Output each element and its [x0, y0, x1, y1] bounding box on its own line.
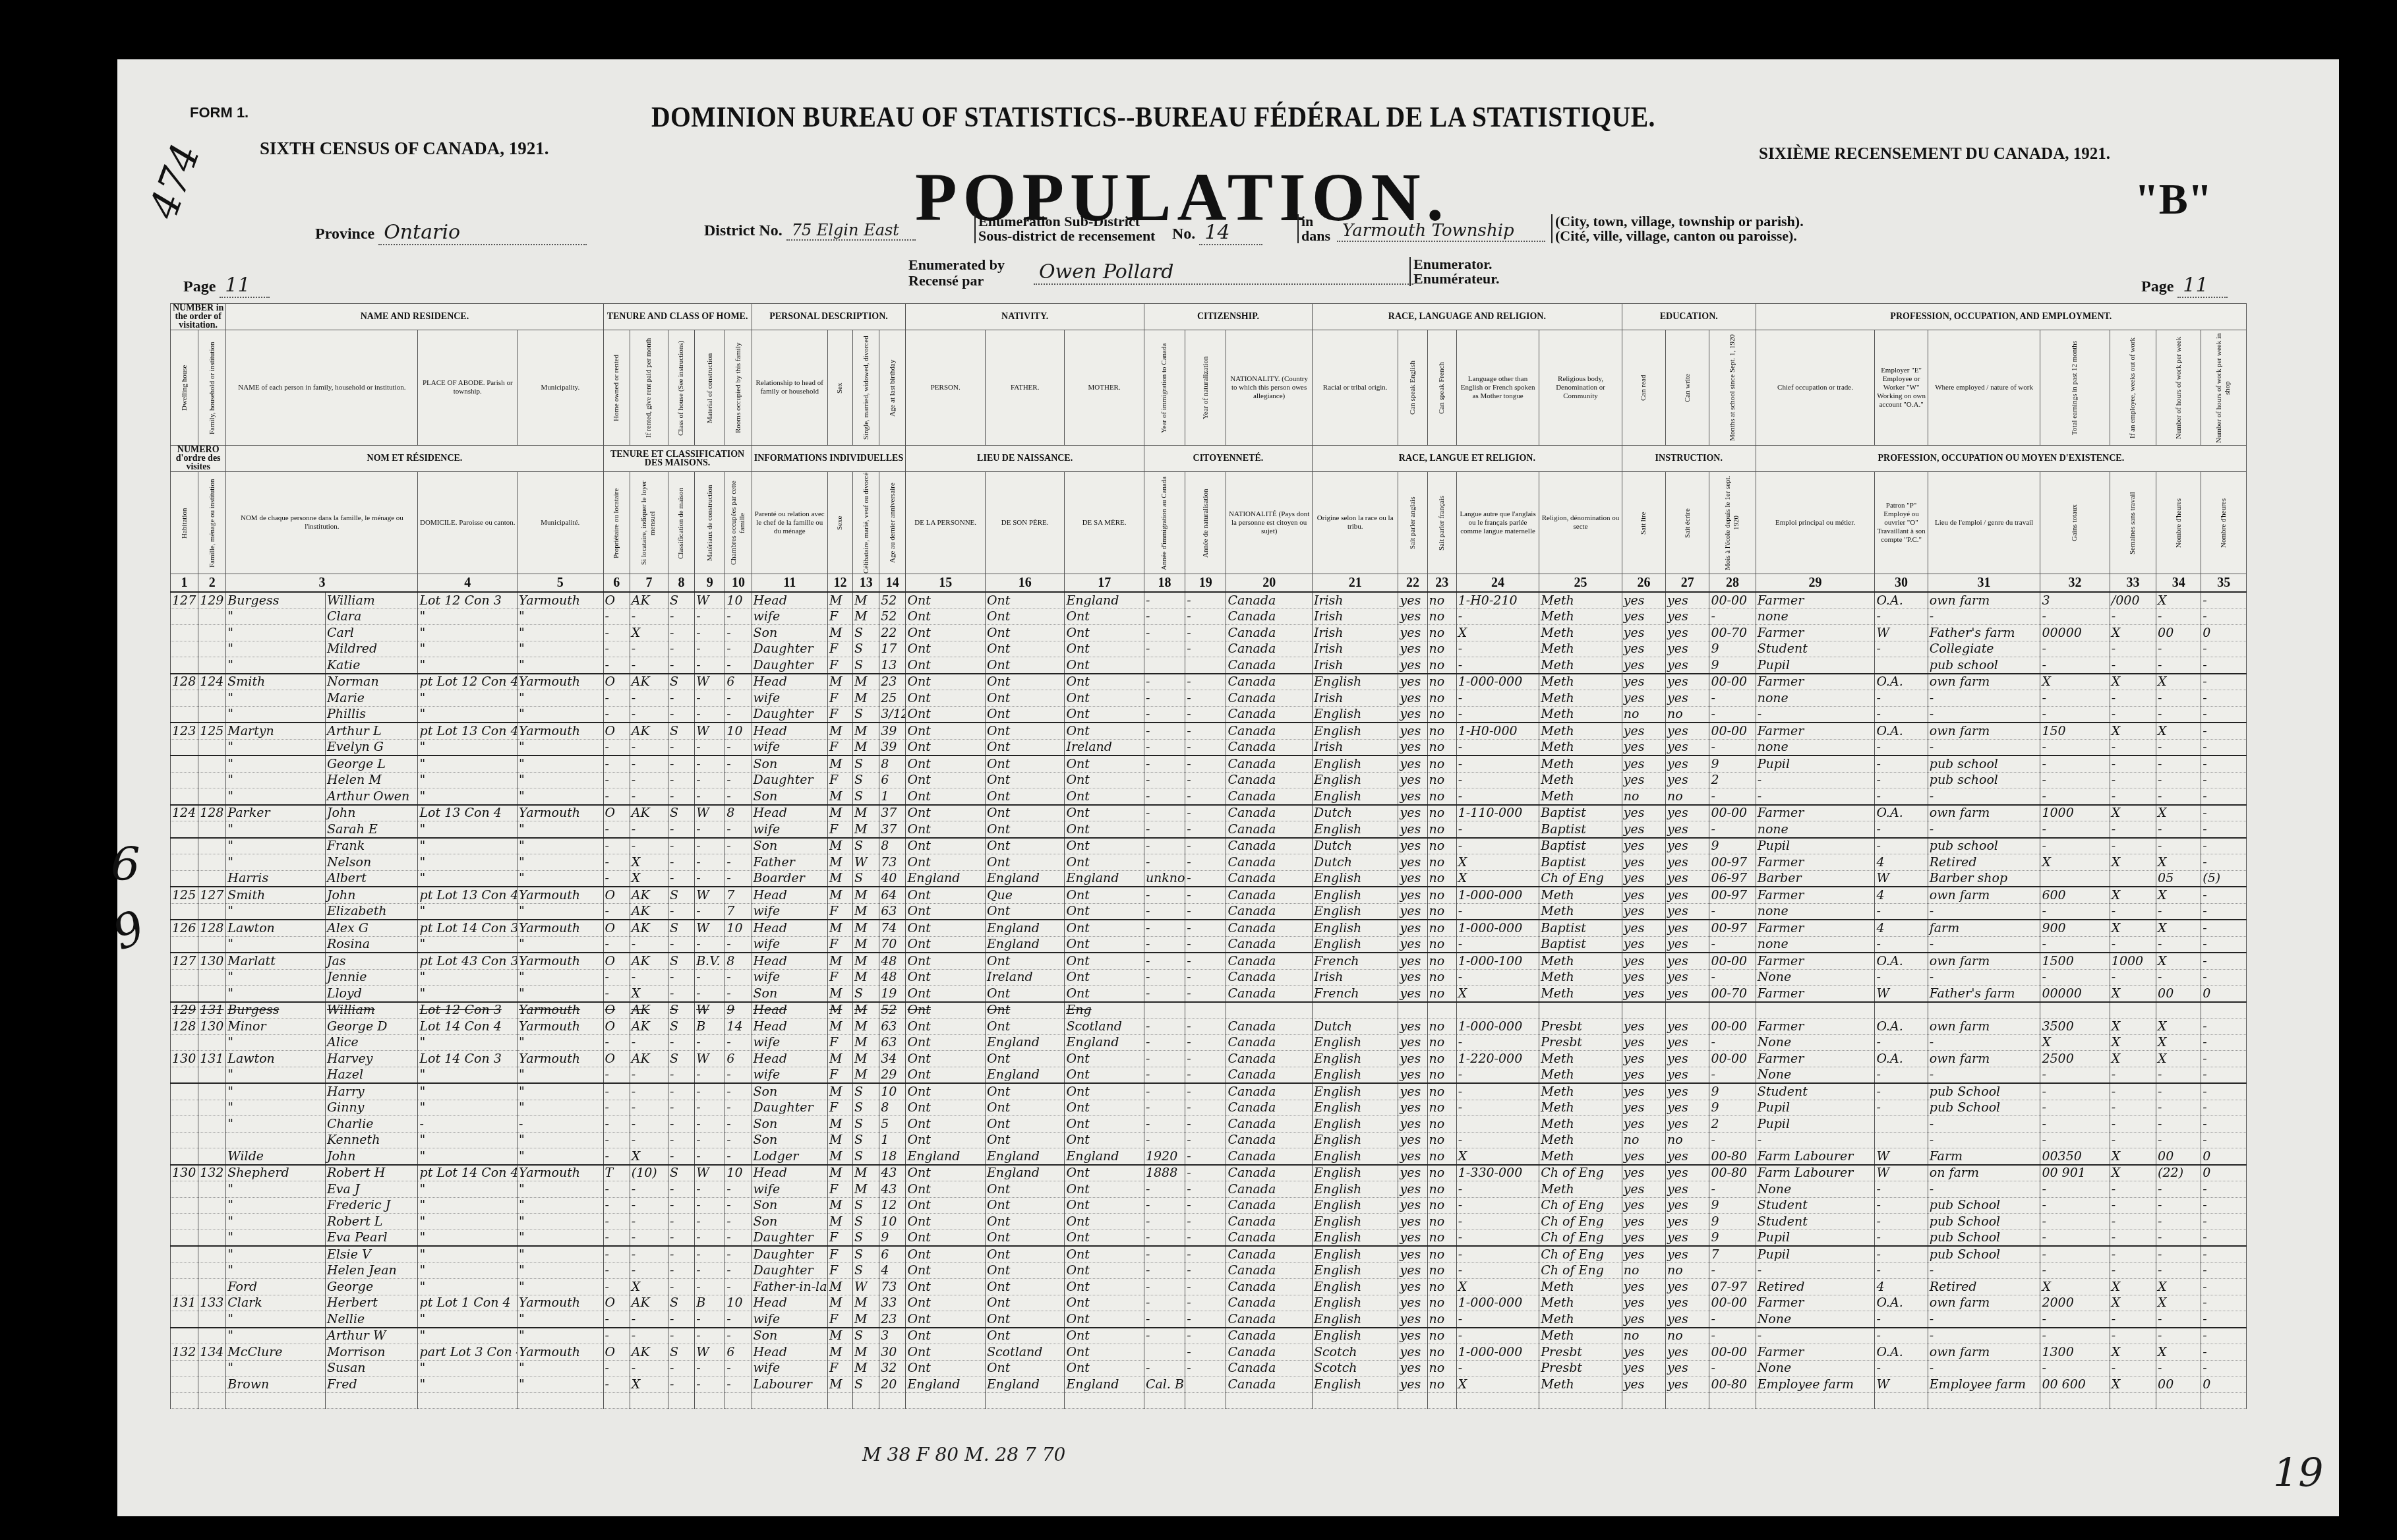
cell-naturalization-year: -	[1185, 755, 1226, 772]
cell-hours-week: (22)	[2156, 1165, 2201, 1181]
table-row: "Phillis""-----DaughterFS3/12OntOntOnt--…	[171, 706, 2247, 723]
cell-municipality: "	[518, 788, 604, 805]
cell-parish: "	[418, 1229, 518, 1246]
cell-house-class: S	[668, 674, 694, 690]
cell-birthplace-mother: England	[1065, 1148, 1144, 1165]
cell-birthplace-father: Ont	[985, 903, 1064, 920]
cell-birthplace-person: Ont	[906, 903, 985, 920]
col-number: 22	[1398, 574, 1427, 593]
cell-weeks-out: X	[2110, 805, 2156, 821]
cell-birthplace-person: England	[906, 1377, 985, 1393]
cell-municipality: "	[518, 1328, 604, 1344]
cell-can-read: yes	[1622, 1377, 1665, 1393]
cell-birthplace-mother: Ont	[1065, 986, 1144, 1002]
cell-can-write: yes	[1666, 1246, 1709, 1262]
cell-sex: F	[827, 641, 852, 657]
cell-nationality: Canada	[1226, 805, 1313, 821]
cell-owned-rented: -	[603, 1360, 630, 1377]
cell-parish: pt Lot 43 Con 3	[418, 953, 518, 969]
cell-speaks-french: no	[1427, 1229, 1456, 1246]
cell-immigration-year: 1888	[1144, 1165, 1185, 1181]
cell-months-school: 7	[1709, 1246, 1756, 1262]
cell-parish: "	[418, 1083, 518, 1100]
cell-dwelling-number	[171, 1132, 198, 1148]
cell-rooms: -	[725, 1067, 752, 1083]
cell-parish: "	[418, 1214, 518, 1230]
cell-can-write: yes	[1666, 854, 1709, 871]
cell-relationship: wife	[752, 1067, 827, 1083]
cell-parish: "	[418, 1377, 518, 1393]
cell-where-employed: pub school	[1928, 772, 2040, 788]
cell-owned-rented: -	[603, 854, 630, 871]
cell-can-write: yes	[1666, 1100, 1709, 1116]
cell-dwelling-number	[171, 1246, 198, 1262]
cell-sex: M	[827, 854, 852, 871]
cell-birthplace-person: Ont	[906, 657, 985, 674]
cell-mother-tongue: -	[1456, 903, 1539, 920]
cell-birthplace-person: Ont	[906, 1328, 985, 1344]
page-stamp: 19	[2273, 1450, 2323, 1496]
cell-immigration-year: -	[1144, 1360, 1185, 1377]
cell-birthplace-father: Ont	[985, 821, 1064, 838]
table-row: "Clara""-----wifeFM52OntOntOnt--CanadaIr…	[171, 608, 2247, 625]
cell-speaks-french: no	[1427, 986, 1456, 1002]
cell-family-number	[198, 755, 226, 772]
cell-months-school: -	[1709, 1360, 1756, 1377]
cell-occupation: Farmer	[1756, 953, 1875, 969]
cell-can-read: yes	[1622, 1279, 1665, 1295]
cell-birthplace-person: England	[906, 870, 985, 887]
cell-dwelling-number	[171, 625, 198, 641]
cell-relationship: Son	[752, 838, 827, 854]
cell-religion: Ch of Eng	[1539, 1214, 1622, 1230]
cell-speaks-english: yes	[1398, 986, 1427, 1002]
cell-marital-status: S	[853, 788, 879, 805]
cell-family-number	[198, 608, 226, 625]
cell-immigration-year: -	[1144, 1132, 1185, 1148]
cell-where-employed: own farm	[1928, 1344, 2040, 1361]
cell-weeks-out: -	[2110, 641, 2156, 657]
cell-speaks-french: no	[1427, 706, 1456, 723]
cell-months-school: -	[1709, 936, 1756, 953]
cell-sex: F	[827, 690, 852, 707]
col-23-header-fr: Sait parler français	[1427, 472, 1456, 574]
cell-age: 1	[879, 1132, 906, 1148]
cell-speaks-english: yes	[1398, 1328, 1427, 1344]
cell-given-name: Evelyn G	[325, 739, 418, 755]
cell-mother-tongue: X	[1456, 1148, 1539, 1165]
cell-birthplace-father: Scotland	[985, 1344, 1064, 1361]
cell-naturalization-year: -	[1185, 739, 1226, 755]
cell-mother-tongue	[1456, 1002, 1539, 1019]
cell-age: 10	[879, 1214, 906, 1230]
cell-given-name: Alice	[325, 1034, 418, 1051]
cell-naturalization-year: -	[1185, 986, 1226, 1002]
cell-birthplace-person: Ont	[906, 1262, 985, 1279]
cell-hours-week: 00	[2156, 986, 2201, 1002]
cell-owned-rented: -	[603, 1262, 630, 1279]
cell-birthplace-father: Ont	[985, 641, 1064, 657]
cell-given-name: Robert H	[325, 1165, 418, 1181]
cell-age: 52	[879, 592, 906, 608]
cell-hours-week-2: -	[2201, 1132, 2247, 1148]
cell-hours-week: -	[2156, 772, 2201, 788]
cell-hours-week-2: 0	[2201, 986, 2247, 1002]
cell-sex: F	[827, 1229, 852, 1246]
cell-birthplace-father: Ont	[985, 1116, 1064, 1133]
cell-municipality: Yarmouth	[518, 1051, 604, 1067]
col-7-header: If rented, give rent paid per month	[630, 330, 668, 446]
cell-parish: pt Lot 1 Con 4	[418, 1295, 518, 1311]
cell-can-write: no	[1666, 706, 1709, 723]
cell-given-name: Robert L	[325, 1214, 418, 1230]
cell-mother-tongue: 1-000-000	[1456, 1019, 1539, 1035]
page-field-right: Page 11	[2141, 274, 2228, 298]
cell-given-name: Katie	[325, 657, 418, 674]
cell-birthplace-father: Ont	[985, 805, 1064, 821]
cell-can-read: no	[1622, 788, 1665, 805]
cell-rent: -	[630, 1067, 668, 1083]
cell-house-class	[668, 1392, 694, 1409]
cell-given-name: Mildred	[325, 641, 418, 657]
cell-nationality: Canada	[1226, 723, 1313, 739]
cell-relationship: Labourer	[752, 1377, 827, 1393]
cell-nationality: Canada	[1226, 1377, 1313, 1393]
cell-mother-tongue: -	[1456, 690, 1539, 707]
cell-earnings: -	[2040, 641, 2110, 657]
cell-weeks-out: -	[2110, 838, 2156, 854]
cell-age: 6	[879, 772, 906, 788]
form-letter: "B"	[2135, 175, 2212, 225]
cell-weeks-out: X	[2110, 1279, 2156, 1295]
col-24-header: Language other than English or French sp…	[1456, 330, 1539, 446]
cell-parish: "	[418, 838, 518, 854]
cell-nationality: Canada	[1226, 706, 1313, 723]
cell-employer-status: O.A.	[1875, 953, 1928, 969]
cell-birthplace-person: Ont	[906, 920, 985, 936]
cell-months-school: 9	[1709, 1100, 1756, 1116]
cell-hours-week: -	[2156, 1083, 2201, 1100]
cell-relationship: Head	[752, 1344, 827, 1361]
cell-birthplace-father: Ont	[985, 1328, 1064, 1344]
cell-where-employed: -	[1928, 608, 2040, 625]
cell-speaks-french: no	[1427, 1197, 1456, 1214]
cell-immigration-year: unknown	[1144, 870, 1185, 887]
cell-naturalization-year: -	[1185, 1051, 1226, 1067]
cell-can-write: yes	[1666, 1311, 1709, 1328]
cell-mother-tongue: -	[1456, 1311, 1539, 1328]
cell-occupation: None	[1756, 1311, 1875, 1328]
cell-immigration-year: -	[1144, 723, 1185, 739]
cell-speaks-english: yes	[1398, 706, 1427, 723]
cell-hours-week: -	[2156, 1214, 2201, 1230]
cell-speaks-french: no	[1427, 657, 1456, 674]
cell-surname: "	[226, 1262, 326, 1279]
cell-given-name: Helen Jean	[325, 1262, 418, 1279]
cell-speaks-french: no	[1427, 1116, 1456, 1133]
col-number: 15	[906, 574, 985, 593]
col-number: 7	[630, 574, 668, 593]
cell-weeks-out: -	[2110, 755, 2156, 772]
cell-sex: M	[827, 887, 852, 903]
cell-birthplace-mother: Ont	[1065, 854, 1144, 871]
cell-owned-rented: -	[603, 1083, 630, 1100]
cell-dwelling-number	[171, 1116, 198, 1133]
cell-can-read: yes	[1622, 821, 1665, 838]
cell-owned-rented: -	[603, 1181, 630, 1198]
col-number: 26	[1622, 574, 1665, 593]
cell-racial-origin: English	[1312, 1295, 1398, 1311]
cell-months-school: 00-00	[1709, 1019, 1756, 1035]
cell-dwelling-number	[171, 1328, 198, 1344]
cell-mother-tongue: X	[1456, 986, 1539, 1002]
cell-rooms: -	[725, 1279, 752, 1295]
cell-parish: Lot 12 Con 3	[418, 592, 518, 608]
cell-hours-week: -	[2156, 838, 2201, 854]
cell-where-employed: own farm	[1928, 805, 2040, 821]
cell-rent: AK	[630, 920, 668, 936]
cell-can-read: yes	[1622, 641, 1665, 657]
cell-hours-week: X	[2156, 920, 2201, 936]
cell-earnings: -	[2040, 1246, 2110, 1262]
cell-birthplace-father: Ont	[985, 723, 1064, 739]
cell-rent: -	[630, 657, 668, 674]
cell-can-read: no	[1622, 706, 1665, 723]
cell-age: 3/12	[879, 706, 906, 723]
cell-rooms: 8	[725, 805, 752, 821]
cell-municipality: "	[518, 1262, 604, 1279]
cell-marital-status: M	[853, 1165, 879, 1181]
cell-given-name: Nellie	[325, 1311, 418, 1328]
cell-hours-week-2: 0	[2201, 625, 2247, 641]
cell-relationship: wife	[752, 936, 827, 953]
cell-occupation: Barber	[1756, 870, 1875, 887]
cell-religion: Meth	[1539, 1051, 1622, 1067]
cell-nationality: Canada	[1226, 1311, 1313, 1328]
cell-given-name: Carl	[325, 625, 418, 641]
cell-can-read: yes	[1622, 920, 1665, 936]
cell-given-name: John	[325, 887, 418, 903]
cell-birthplace-father: England	[985, 920, 1064, 936]
cell-where-employed: pub school	[1928, 755, 2040, 772]
cell-material: -	[695, 657, 725, 674]
cell-months-school: -	[1709, 821, 1756, 838]
cell-material: -	[695, 1262, 725, 1279]
cell-speaks-english: yes	[1398, 854, 1427, 871]
cell-birthplace-father: Ont	[985, 690, 1064, 707]
cell-material: W	[695, 887, 725, 903]
cell-marital-status: M	[853, 1067, 879, 1083]
cell-immigration-year: -	[1144, 1181, 1185, 1198]
cell-employer-status	[1875, 1392, 1928, 1409]
table-row: 127130MarlattJaspt Lot 43 Con 3YarmouthO…	[171, 953, 2247, 969]
cell-naturalization-year: -	[1185, 1100, 1226, 1116]
cell-occupation: none	[1756, 739, 1875, 755]
cell-owned-rented: -	[603, 1214, 630, 1230]
cell-surname: Smith	[226, 887, 326, 903]
cell-mother-tongue: -	[1456, 772, 1539, 788]
cell-naturalization-year: -	[1185, 1262, 1226, 1279]
cell-where-employed: own farm	[1928, 887, 2040, 903]
cell-religion: Presbt	[1539, 1034, 1622, 1051]
cell-rent: -	[630, 1100, 668, 1116]
cell-surname: "	[226, 1214, 326, 1230]
col-19-header: Year of naturalization	[1185, 330, 1226, 446]
cell-owned-rented: -	[603, 1229, 630, 1246]
cell-speaks-english: yes	[1398, 838, 1427, 854]
col-20-header: NATIONALITY. (Country to which this pers…	[1226, 330, 1313, 446]
cell-rent: AK	[630, 1344, 668, 1361]
col-20-header-fr: NATIONALITÉ (Pays dont la personne est c…	[1226, 472, 1313, 574]
cell-owned-rented: -	[603, 903, 630, 920]
cell-earnings: -	[2040, 1328, 2110, 1344]
cell-family-number	[198, 838, 226, 854]
cell-mother-tongue: -	[1456, 969, 1539, 986]
col-18-header: Year of immigration to Canada	[1144, 330, 1185, 446]
cell-speaks-english: yes	[1398, 1262, 1427, 1279]
cell-dwelling-number: 126	[171, 920, 198, 936]
cell-rooms: -	[725, 1328, 752, 1344]
cell-hours-week-2: -	[2201, 723, 2247, 739]
cell-surname: "	[226, 739, 326, 755]
cell-surname: Burgess	[226, 592, 326, 608]
cell-rooms: -	[725, 1229, 752, 1246]
cell-hours-week-2: -	[2201, 1181, 2247, 1198]
cell-naturalization-year: -	[1185, 854, 1226, 871]
cell-surname: "	[226, 821, 326, 838]
col-number: 16	[985, 574, 1064, 593]
section-nativity-fr: LIEU DE NAISSANCE.	[906, 446, 1144, 472]
cell-nationality: Canada	[1226, 772, 1313, 788]
cell-occupation: Pupil	[1756, 657, 1875, 674]
table-row: "Hazel""-----wifeFM29OntEnglandOnt--Cana…	[171, 1067, 2247, 1083]
cell-municipality: "	[518, 706, 604, 723]
cell-relationship: Head	[752, 1295, 827, 1311]
cell-immigration-year: -	[1144, 854, 1185, 871]
cell-house-class: -	[668, 903, 694, 920]
cell-racial-origin: English	[1312, 1311, 1398, 1328]
cell-employer-status: -	[1875, 1246, 1928, 1262]
cell-hours-week-2: -	[2201, 854, 2247, 871]
cell-occupation: None	[1756, 1034, 1875, 1051]
cell-rent: -	[630, 1083, 668, 1100]
col-11-header: Relationship to head of family or househ…	[752, 330, 827, 446]
cell-material: -	[695, 1034, 725, 1051]
cell-racial-origin: English	[1312, 1083, 1398, 1100]
cell-given-name: George L	[325, 755, 418, 772]
cell-material: -	[695, 1229, 725, 1246]
cell-marital-status: S	[853, 1229, 879, 1246]
col-number: 1	[171, 574, 198, 593]
cell-material: W	[695, 1002, 725, 1019]
cell-hours-week: -	[2156, 1246, 2201, 1262]
cell-weeks-out: -	[2110, 608, 2156, 625]
cell-speaks-english: yes	[1398, 608, 1427, 625]
cell-can-write: yes	[1666, 1165, 1709, 1181]
cell-where-employed: own farm	[1928, 1019, 2040, 1035]
cell-can-read: no	[1622, 1328, 1665, 1344]
cell-nationality: Canada	[1226, 1246, 1313, 1262]
cell-age: 25	[879, 690, 906, 707]
cell-speaks-english: yes	[1398, 821, 1427, 838]
cell-naturalization-year: -	[1185, 887, 1226, 903]
cell-age: 9	[879, 1229, 906, 1246]
col-21-header-fr: Origine selon la race ou la tribu.	[1312, 472, 1398, 574]
cell-house-class: -	[668, 838, 694, 854]
cell-weeks-out: -	[2110, 1262, 2156, 1279]
cell-birthplace-mother: Ont	[1065, 690, 1144, 707]
cell-naturalization-year: -	[1185, 1229, 1226, 1246]
cell-occupation: Farm Labourer	[1756, 1148, 1875, 1165]
cell-rooms: -	[725, 936, 752, 953]
cell-can-read: yes	[1622, 870, 1665, 887]
cell-months-school: -	[1709, 903, 1756, 920]
cell-where-employed: pub School	[1928, 1246, 2040, 1262]
cell-marital-status: S	[853, 706, 879, 723]
place-value: Yarmouth Township	[1337, 221, 1545, 242]
cell-racial-origin: Scotch	[1312, 1360, 1398, 1377]
cell-racial-origin: English	[1312, 706, 1398, 723]
cell-weeks-out	[2110, 1002, 2156, 1019]
cell-earnings: 3500	[2040, 1019, 2110, 1035]
col-5-header: Municipality.	[518, 330, 604, 446]
cell-employer-status: -	[1875, 1229, 1928, 1246]
cell-family-number	[198, 1197, 226, 1214]
cell-marital-status: S	[853, 1116, 879, 1133]
cell-speaks-french: no	[1427, 592, 1456, 608]
cell-marital-status: M	[853, 953, 879, 969]
cell-naturalization-year: -	[1185, 1360, 1226, 1377]
cell-naturalization-year: -	[1185, 1132, 1226, 1148]
cell-employer-status: -	[1875, 690, 1928, 707]
cell-speaks-french: no	[1427, 1344, 1456, 1361]
cell-immigration-year: -	[1144, 1083, 1185, 1100]
cell-hours-week-2: -	[2201, 1067, 2247, 1083]
table-row: "Arthur W""-----SonMS3OntOntOnt--CanadaE…	[171, 1328, 2247, 1344]
cell-speaks-french: no	[1427, 1311, 1456, 1328]
cell-birthplace-person: Ont	[906, 953, 985, 969]
cell-given-name	[325, 1392, 418, 1409]
cell-family-number: 127	[198, 887, 226, 903]
cell-marital-status: M	[853, 1051, 879, 1067]
cell-sex: F	[827, 903, 852, 920]
cell-can-read: yes	[1622, 805, 1665, 821]
cell-religion: Ch of Eng	[1539, 1229, 1622, 1246]
cell-birthplace-father: Ont	[985, 838, 1064, 854]
cell-dwelling-number	[171, 788, 198, 805]
cell-given-name: William	[325, 1002, 418, 1019]
cell-weeks-out: -	[2110, 969, 2156, 986]
cell-house-class: -	[668, 1034, 694, 1051]
cell-where-employed: pub School	[1928, 1197, 2040, 1214]
table-row: "Frederic J""-----SonMS12OntOntOnt--Cana…	[171, 1197, 2247, 1214]
table-row: "Marie""-----wifeFM25OntOntOnt--CanadaIr…	[171, 690, 2247, 707]
cell-sex: F	[827, 739, 852, 755]
cell-material: -	[695, 1100, 725, 1116]
cell-employer-status: -	[1875, 838, 1928, 854]
cell-can-write: no	[1666, 1328, 1709, 1344]
cell-speaks-english: yes	[1398, 903, 1427, 920]
cell-house-class: S	[668, 1051, 694, 1067]
cell-sex: F	[827, 657, 852, 674]
cell-where-employed: Father's farm	[1928, 986, 2040, 1002]
cell-dwelling-number	[171, 1148, 198, 1165]
cell-hours-week-2: -	[2201, 739, 2247, 755]
table-row: "Ginny""-----DaughterFS8OntOntOnt--Canad…	[171, 1100, 2247, 1116]
cell-nationality: Canada	[1226, 690, 1313, 707]
cell-relationship: Daughter	[752, 657, 827, 674]
cell-marital-status: S	[853, 1214, 879, 1230]
